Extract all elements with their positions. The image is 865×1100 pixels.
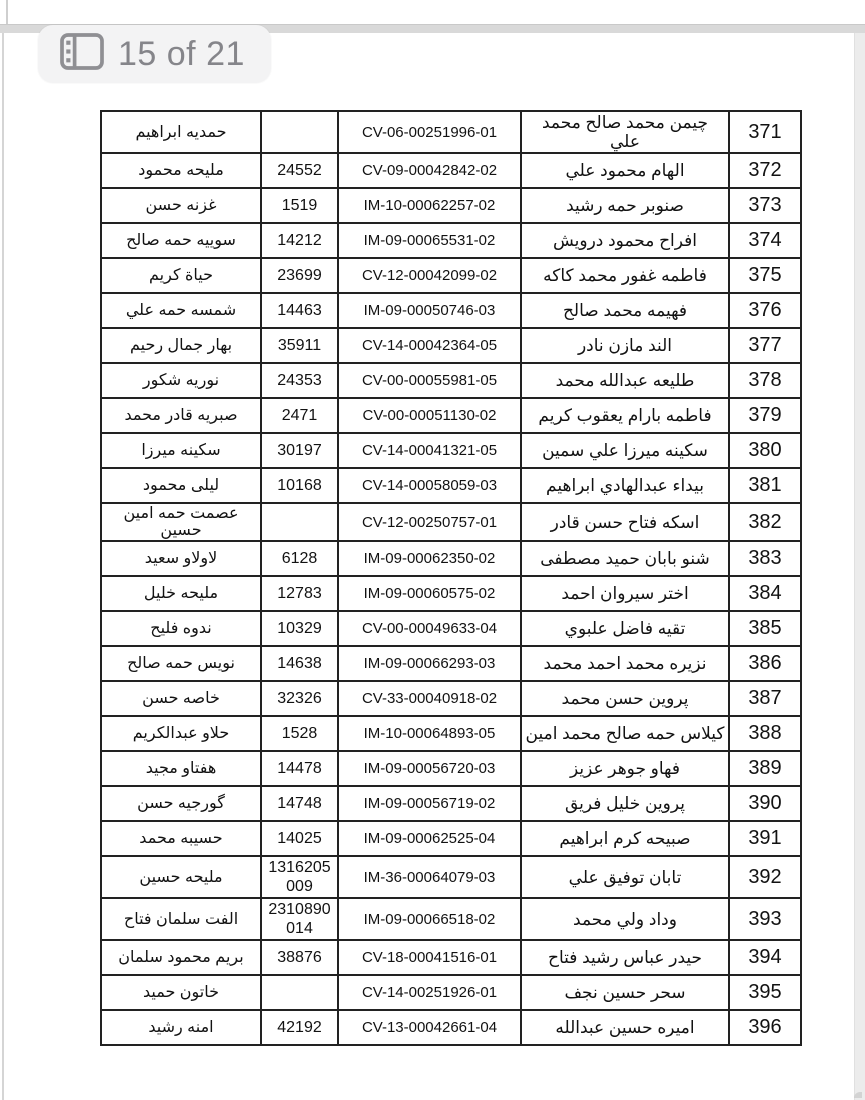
table-row: 381 بيداء عبدالهادي ابراهيم CV-14-000580… (101, 468, 801, 503)
code-cell: IM-09-00065531-02 (338, 223, 521, 258)
name-cell: تابان توفيق علي (521, 856, 729, 898)
code-cell: CV-09-00042842-02 (338, 153, 521, 188)
row-number-cell: 395 (729, 975, 801, 1010)
second-name-cell: عصمت حمه امين حسين (101, 503, 261, 541)
row-number-cell: 381 (729, 468, 801, 503)
name-cell: وداد ولي محمد (521, 898, 729, 940)
number-cell: 14748 (261, 786, 338, 821)
row-number-cell: 378 (729, 363, 801, 398)
second-name-cell: مليحه حسين (101, 856, 261, 898)
second-name-cell: خاصه حسن (101, 681, 261, 716)
number-cell: 10329 (261, 611, 338, 646)
name-cell: فاطمه بارام يعقوب كريم (521, 398, 729, 433)
second-name-cell: الفت سلمان فتاح (101, 898, 261, 940)
row-number-cell: 371 (729, 111, 801, 153)
table-row: 378 طليعه عبدالله محمد CV-00-00055981-05… (101, 363, 801, 398)
row-number-cell: 379 (729, 398, 801, 433)
name-cell: افراح محمود درويش (521, 223, 729, 258)
table-row: 372 الهام محمود علي CV-09-00042842-02 24… (101, 153, 801, 188)
second-name-cell: حمديه ابراهيم (101, 111, 261, 153)
code-cell: CV-14-00042364-05 (338, 328, 521, 363)
code-cell: CV-13-00042661-04 (338, 1010, 521, 1045)
second-name-cell: غزنه حسن (101, 188, 261, 223)
table-row: 382 اسكه فتاح حسن قادر CV-12-00250757-01… (101, 503, 801, 541)
corner-artifact (854, 1092, 862, 1098)
number-cell: 14478 (261, 751, 338, 786)
second-name-cell: سوييه حمه صالح (101, 223, 261, 258)
table-row: 376 فهيمه محمد صالح IM-09-00050746-03 14… (101, 293, 801, 328)
number-cell: 30197 (261, 433, 338, 468)
row-number-cell: 383 (729, 541, 801, 576)
number-cell (261, 975, 338, 1010)
second-name-cell: بهار جمال رحيم (101, 328, 261, 363)
table-row: 374 افراح محمود درويش IM-09-00065531-02 … (101, 223, 801, 258)
table-row: 379 فاطمه بارام يعقوب كريم CV-00-0005113… (101, 398, 801, 433)
left-page-edge-line (2, 33, 4, 1100)
table-row: 385 تقيه فاضل علبوي CV-00-00049633-04 10… (101, 611, 801, 646)
code-cell: CV-14-00041321-05 (338, 433, 521, 468)
second-name-cell: نوريه شكور (101, 363, 261, 398)
table-row: 396 اميره حسين عبدالله CV-13-00042661-04… (101, 1010, 801, 1045)
document-page: 371 چيمن محمد صالح محمد علي CV-06-002519… (100, 110, 800, 1046)
number-cell: 38876 (261, 940, 338, 975)
second-name-cell: خاتون حميد (101, 975, 261, 1010)
row-number-cell: 375 (729, 258, 801, 293)
row-number-cell: 396 (729, 1010, 801, 1045)
number-cell: 14212 (261, 223, 338, 258)
name-cell: صبيحه كرم ابراهيم (521, 821, 729, 856)
code-cell: IM-09-00066293-03 (338, 646, 521, 681)
previous-page-edge-line (6, 0, 8, 24)
code-cell: IM-36-00064079-03 (338, 856, 521, 898)
code-cell: IM-09-00062350-02 (338, 541, 521, 576)
name-cell: پروين خليل فريق (521, 786, 729, 821)
second-name-cell: حسيبه محمد (101, 821, 261, 856)
row-number-cell: 394 (729, 940, 801, 975)
second-name-cell: امنه رشيد (101, 1010, 261, 1045)
number-cell: 32326 (261, 681, 338, 716)
code-cell: IM-09-00056719-02 (338, 786, 521, 821)
number-cell: 35911 (261, 328, 338, 363)
code-cell: CV-12-00250757-01 (338, 503, 521, 541)
second-name-cell: مليحه محمود (101, 153, 261, 188)
row-number-cell: 374 (729, 223, 801, 258)
number-cell: 2471 (261, 398, 338, 433)
page-indicator-pill[interactable]: 15 of 21 (38, 25, 271, 83)
second-name-cell: هفتاو مجيد (101, 751, 261, 786)
name-cell: طليعه عبدالله محمد (521, 363, 729, 398)
row-number-cell: 389 (729, 751, 801, 786)
code-cell: CV-12-00042099-02 (338, 258, 521, 293)
name-cell: نزيره محمد احمد محمد (521, 646, 729, 681)
number-cell: 6128 (261, 541, 338, 576)
row-number-cell: 387 (729, 681, 801, 716)
name-cell: الند مازن نادر (521, 328, 729, 363)
table-row: 387 پروين حسن محمد CV-33-00040918-02 323… (101, 681, 801, 716)
name-cell: سكينه ميرزا علي سمين (521, 433, 729, 468)
table-row: 393 وداد ولي محمد IM-09-00066518-02 2310… (101, 898, 801, 940)
row-number-cell: 373 (729, 188, 801, 223)
row-number-cell: 385 (729, 611, 801, 646)
table-row: 390 پروين خليل فريق IM-09-00056719-02 14… (101, 786, 801, 821)
code-cell: IM-09-00060575-02 (338, 576, 521, 611)
number-cell: 24353 (261, 363, 338, 398)
name-cell: صنوبر حمه رشيد (521, 188, 729, 223)
code-cell: IM-10-00062257-02 (338, 188, 521, 223)
second-name-cell: حلاو عبدالكريم (101, 716, 261, 751)
number-cell: 2310890014 (261, 898, 338, 940)
table-row: 384 اختر سيروان احمد IM-09-00060575-02 1… (101, 576, 801, 611)
name-cell: حيدر عباس رشيد فتاح (521, 940, 729, 975)
code-cell: IM-10-00064893-05 (338, 716, 521, 751)
name-cell: اختر سيروان احمد (521, 576, 729, 611)
code-cell: CV-00-00049633-04 (338, 611, 521, 646)
number-cell: 1519 (261, 188, 338, 223)
table-row: 392 تابان توفيق علي IM-36-00064079-03 13… (101, 856, 801, 898)
row-number-cell: 388 (729, 716, 801, 751)
code-cell: CV-18-00041516-01 (338, 940, 521, 975)
name-cell: فهيمه محمد صالح (521, 293, 729, 328)
right-margin-strip (854, 33, 865, 1100)
table-row: 386 نزيره محمد احمد محمد IM-09-00066293-… (101, 646, 801, 681)
code-cell: CV-00-00055981-05 (338, 363, 521, 398)
code-cell: CV-14-00251926-01 (338, 975, 521, 1010)
table-row: 394 حيدر عباس رشيد فتاح CV-18-00041516-0… (101, 940, 801, 975)
second-name-cell: بريم محمود سلمان (101, 940, 261, 975)
second-name-cell: لاولاو سعيد (101, 541, 261, 576)
number-cell: 14638 (261, 646, 338, 681)
row-number-cell: 384 (729, 576, 801, 611)
code-cell: CV-00-00051130-02 (338, 398, 521, 433)
second-name-cell: حياة كريم (101, 258, 261, 293)
name-cell: شنو بابان حميد مصطفى (521, 541, 729, 576)
number-cell: 14463 (261, 293, 338, 328)
code-cell: CV-06-00251996-01 (338, 111, 521, 153)
name-cell: كيلاس حمه صالح محمد امين (521, 716, 729, 751)
row-number-cell: 386 (729, 646, 801, 681)
second-name-cell: گورجيه حسن (101, 786, 261, 821)
code-cell: IM-09-00062525-04 (338, 821, 521, 856)
row-number-cell: 390 (729, 786, 801, 821)
row-number-cell: 391 (729, 821, 801, 856)
page-indicator-label: 15 of 21 (118, 35, 245, 74)
table-row: 383 شنو بابان حميد مصطفى IM-09-00062350-… (101, 541, 801, 576)
name-cell: پروين حسن محمد (521, 681, 729, 716)
name-cell: الهام محمود علي (521, 153, 729, 188)
code-cell: CV-14-00058059-03 (338, 468, 521, 503)
number-cell: 1528 (261, 716, 338, 751)
table-row: 395 سحر حسين نجف CV-14-00251926-01 خاتون… (101, 975, 801, 1010)
document-viewer: { "page_indicator": { "label": "15 of 21… (0, 0, 865, 1100)
row-number-cell: 372 (729, 153, 801, 188)
table-row: 371 چيمن محمد صالح محمد علي CV-06-002519… (101, 111, 801, 153)
row-number-cell: 393 (729, 898, 801, 940)
table-row: 377 الند مازن نادر CV-14-00042364-05 359… (101, 328, 801, 363)
code-cell: IM-09-00066518-02 (338, 898, 521, 940)
number-cell (261, 503, 338, 541)
row-number-cell: 392 (729, 856, 801, 898)
number-cell: 14025 (261, 821, 338, 856)
table-row: 391 صبيحه كرم ابراهيم IM-09-00062525-04 … (101, 821, 801, 856)
name-cell: اميره حسين عبدالله (521, 1010, 729, 1045)
table-row: 375 فاطمه غفور محمد كاكه CV-12-00042099-… (101, 258, 801, 293)
second-name-cell: سكينه ميرزا (101, 433, 261, 468)
second-name-cell: ليلى محمود (101, 468, 261, 503)
second-name-cell: شمسه حمه علي (101, 293, 261, 328)
number-cell: 12783 (261, 576, 338, 611)
thumbnails-sidebar-icon (60, 33, 104, 75)
number-cell: 10168 (261, 468, 338, 503)
row-number-cell: 376 (729, 293, 801, 328)
registry-table: 371 چيمن محمد صالح محمد علي CV-06-002519… (100, 110, 802, 1046)
second-name-cell: ندوه فليح (101, 611, 261, 646)
table-row: 389 فهاو جوهر عزيز IM-09-00056720-03 144… (101, 751, 801, 786)
second-name-cell: نويس حمه صالح (101, 646, 261, 681)
number-cell: 1316205009 (261, 856, 338, 898)
name-cell: سحر حسين نجف (521, 975, 729, 1010)
number-cell (261, 111, 338, 153)
table-row: 388 كيلاس حمه صالح محمد امين IM-10-00064… (101, 716, 801, 751)
name-cell: بيداء عبدالهادي ابراهيم (521, 468, 729, 503)
table-body: 371 چيمن محمد صالح محمد علي CV-06-002519… (101, 111, 801, 1045)
second-name-cell: صبريه قادر محمد (101, 398, 261, 433)
code-cell: IM-09-00050746-03 (338, 293, 521, 328)
number-cell: 42192 (261, 1010, 338, 1045)
row-number-cell: 380 (729, 433, 801, 468)
row-number-cell: 382 (729, 503, 801, 541)
table-row: 380 سكينه ميرزا علي سمين CV-14-00041321-… (101, 433, 801, 468)
row-number-cell: 377 (729, 328, 801, 363)
code-cell: IM-09-00056720-03 (338, 751, 521, 786)
previous-page-gap (0, 0, 865, 24)
table-row: 373 صنوبر حمه رشيد IM-10-00062257-02 151… (101, 188, 801, 223)
second-name-cell: مليحه خليل (101, 576, 261, 611)
number-cell: 23699 (261, 258, 338, 293)
number-cell: 24552 (261, 153, 338, 188)
name-cell: فاطمه غفور محمد كاكه (521, 258, 729, 293)
name-cell: تقيه فاضل علبوي (521, 611, 729, 646)
name-cell: اسكه فتاح حسن قادر (521, 503, 729, 541)
name-cell: فهاو جوهر عزيز (521, 751, 729, 786)
name-cell: چيمن محمد صالح محمد علي (521, 111, 729, 153)
code-cell: CV-33-00040918-02 (338, 681, 521, 716)
